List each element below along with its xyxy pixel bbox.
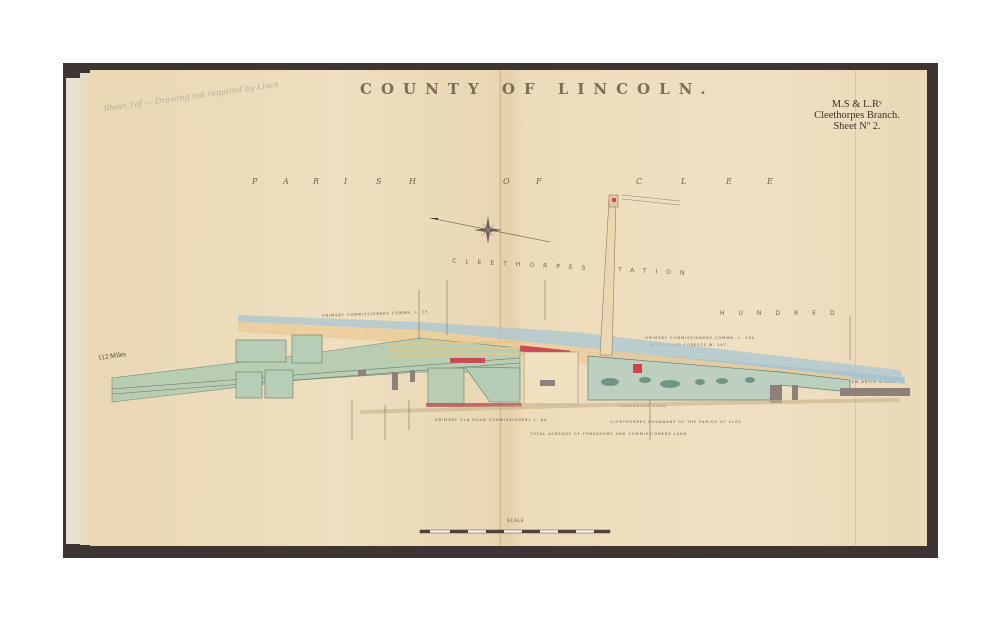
- garden-building: [633, 364, 642, 373]
- scale-bar: [420, 530, 610, 533]
- pier: [600, 200, 616, 355]
- railway-plan: [0, 0, 1000, 620]
- station-building: [450, 358, 485, 363]
- compass-rose-icon: [430, 216, 550, 244]
